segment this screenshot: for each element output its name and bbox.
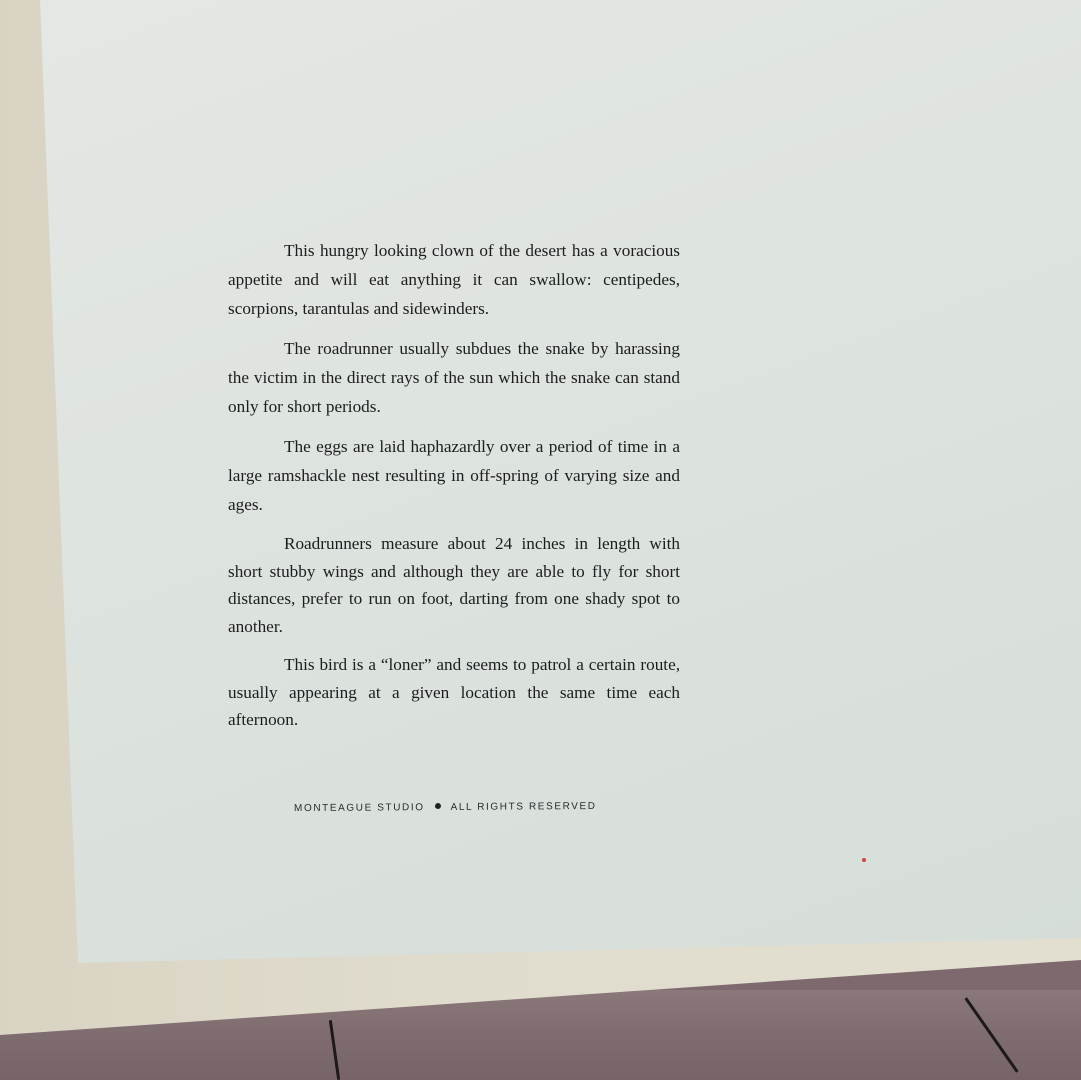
paragraph-loner: This bird is a “loner” and seems to patr… xyxy=(228,651,680,734)
card-body-text: This hungry looking clown of the desert … xyxy=(228,236,680,745)
floor-plank-gap xyxy=(329,1020,340,1080)
studio-name: MONTEAGUE STUDIO xyxy=(294,802,425,814)
paragraph-snake: The roadrunner usually subdues the snake… xyxy=(228,334,680,421)
bullet-icon xyxy=(435,803,441,809)
red-speck xyxy=(862,858,866,862)
rights-text: ALL RIGHTS RESERVED xyxy=(451,801,597,813)
floor-plank-gap xyxy=(964,997,1018,1072)
paragraph-eggs: The eggs are laid haphazardly over a per… xyxy=(228,432,680,519)
paragraph-diet: This hungry looking clown of the desert … xyxy=(228,236,680,323)
copyright-footer: MONTEAGUE STUDIOALL RIGHTS RESERVED xyxy=(294,801,597,814)
paragraph-size: Roadrunners measure about 24 inches in l… xyxy=(228,530,680,640)
